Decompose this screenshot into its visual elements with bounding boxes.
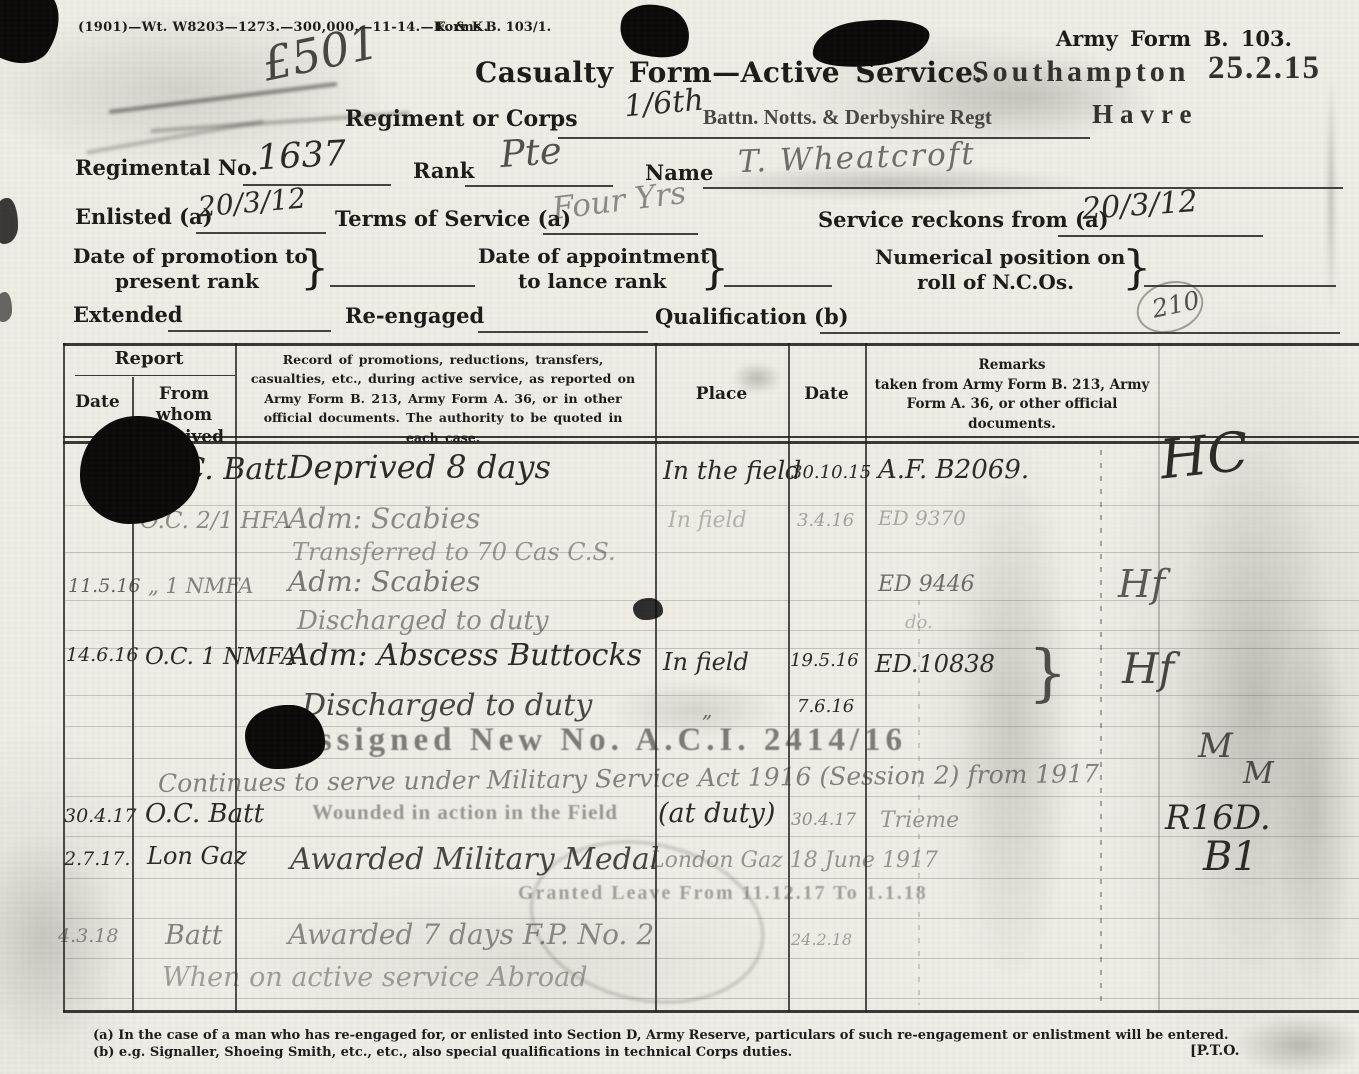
terms-label: Terms of Service (a) [335, 206, 571, 231]
appointment-label-1: Date of appointment [478, 244, 709, 268]
regiment-label: Regiment or Corps [345, 106, 578, 132]
promotion-label-1: Date of promotion to [73, 244, 308, 268]
row6-date2: 30.4.17 [791, 810, 856, 830]
header-date2: Date [788, 384, 865, 404]
stain-header-right [900, 55, 1160, 140]
terms-underline [543, 233, 698, 235]
promotion-underline [330, 285, 475, 287]
row2-date: 11.5.16 [68, 575, 141, 597]
casualty-form-page: (1901)—Wt. W8203—1273.—300,000.—11-14.—K… [0, 0, 1359, 1074]
row6-date: 30.4.17 [64, 805, 137, 827]
perforation-dots-1 [1100, 450, 1102, 1008]
ink-blot-mid [245, 705, 325, 769]
qualification-underline [820, 332, 1340, 334]
row1-remarks: ED 9370 [878, 506, 966, 530]
report-underline [75, 375, 235, 376]
stain-col-band [960, 470, 1070, 990]
row-rule [63, 630, 1359, 631]
forms-ref: Forms B. 103/1. [436, 20, 551, 35]
row0-record: Deprived 8 days [288, 448, 551, 486]
footnote-b: (b) e.g. Signaller, Shoeing Smith, etc.,… [93, 1045, 792, 1060]
extended-underline [168, 330, 331, 332]
row6-from-whom: O.C. Batt [145, 799, 264, 829]
table-bottom-rule [63, 1010, 1359, 1013]
row-rule [63, 552, 1359, 553]
promotion-brace: } [300, 240, 329, 294]
header-remarks: Remarks taken from Army Form B. 213, Arm… [872, 356, 1152, 434]
ink-blot-top-center [615, 0, 696, 65]
header-date: Date [63, 392, 132, 412]
row2-remarks-ditto: do. [905, 612, 933, 633]
ink-blot-corner [0, 0, 73, 76]
appointment-underline [724, 285, 832, 287]
row3-margin-initials: Hf [1122, 644, 1174, 693]
reengaged-label: Re-engaged [345, 303, 484, 328]
stain-place-header [732, 362, 782, 394]
row9-from-whom: Batt [165, 920, 223, 951]
row0-date2: 30.10.15 [791, 462, 871, 483]
footnote-a: (a) In the case of a man who has re-enga… [93, 1028, 1229, 1043]
stain-name-row [690, 165, 1090, 201]
row-rule [63, 998, 1359, 999]
nco-label-1: Numerical position on [875, 245, 1125, 269]
extended-label: Extended [73, 302, 183, 327]
enlisted-underline [196, 232, 326, 234]
reckons-label: Service reckons from (a) [818, 207, 1109, 232]
row2-margin-initials: Hf [1118, 562, 1165, 606]
regimental-no-value: 1637 [256, 134, 347, 179]
stain-right-band-2 [1275, 620, 1355, 1000]
row-rule [63, 505, 1359, 506]
row1-date2: 3.4.16 [797, 510, 854, 531]
regiment-handwritten: 1/6th [623, 83, 705, 125]
row2-from-whom: „ 1 NMFA [148, 574, 253, 598]
pencil-scrawl-3 [86, 119, 264, 154]
row1-record: Adm: Scabies [288, 502, 480, 535]
row9-record2: When on active service Abroad [162, 962, 587, 993]
appointment-label-2: to lance rank [518, 269, 666, 293]
rank-value: Pte [499, 129, 564, 176]
row0-place: In the field [663, 456, 801, 485]
stain-mid-row [610, 680, 780, 740]
row3-date: 14.6.16 [66, 644, 139, 666]
promotion-label-2: present rank [115, 269, 259, 293]
rank-label: Rank [413, 158, 474, 183]
row2-remarks: ED 9446 [878, 572, 975, 597]
ink-mark-left-edge-2 [0, 292, 12, 322]
enlisted-value: 20/3/12 [197, 181, 307, 223]
reckons-value: 20/3/12 [1081, 184, 1199, 227]
row3-record2: Discharged to duty [302, 688, 592, 723]
col-rule-place [788, 343, 790, 1012]
stain-streak-right-edge [1326, 70, 1336, 320]
stain-bottom-right-corner [1235, 1015, 1359, 1074]
row1-place: In field [668, 508, 747, 533]
pto-note: [P.T.O. [1190, 1043, 1239, 1059]
reckons-underline [1058, 235, 1263, 237]
port-stamp-date: 25.2.15 [1208, 50, 1321, 87]
row9-date2: 24.2.18 [791, 930, 852, 949]
row2-record2: Discharged to duty [297, 606, 549, 636]
ink-mark-left-edge-1 [0, 198, 18, 244]
row3-date2: 19.5.16 [790, 650, 859, 671]
row6-remarks: Trieme [880, 808, 959, 833]
enlisted-label: Enlisted (a) [75, 204, 213, 229]
terms-value: Four Yrs [550, 175, 688, 227]
row3-date2b: 7.6.16 [797, 696, 854, 717]
header-report: Report [63, 348, 235, 369]
pencil-scrawl-1 [109, 82, 338, 114]
row1-record2: Transferred to 70 Cas C.S. [292, 538, 616, 566]
header-record: Record of promotions, reductions, transf… [247, 350, 639, 447]
reengaged-underline [478, 331, 648, 333]
row7-from-whom: Lon Gaz [147, 842, 247, 870]
table-top-rule [63, 343, 1359, 346]
row4-stamp-assigned-new-no: Assigned New No. A.C.I. 2414/16 [290, 722, 907, 759]
row6-record-stamp-wounded: Wounded in action in the Field [312, 800, 618, 825]
qualification-label: Qualification (b) [655, 304, 849, 329]
col-rule-fromwhom [235, 343, 237, 1012]
nco-label-2: roll of N.C.Os. [917, 270, 1074, 294]
row3-record: Adm: Abscess Buttocks [288, 638, 642, 673]
row2-record: Adm: Scabies [288, 565, 480, 598]
row3-from-whom: O.C. 1 NMFA [145, 644, 297, 670]
army-form-number: Army Form B. 103. [1056, 26, 1292, 51]
ink-spot-record-col [633, 598, 663, 620]
col-rule-date2 [865, 343, 867, 1012]
regimental-no-label: Regimental No. [75, 155, 258, 180]
row6-place: (at duty) [658, 798, 775, 829]
row3-place: In field [663, 648, 749, 676]
